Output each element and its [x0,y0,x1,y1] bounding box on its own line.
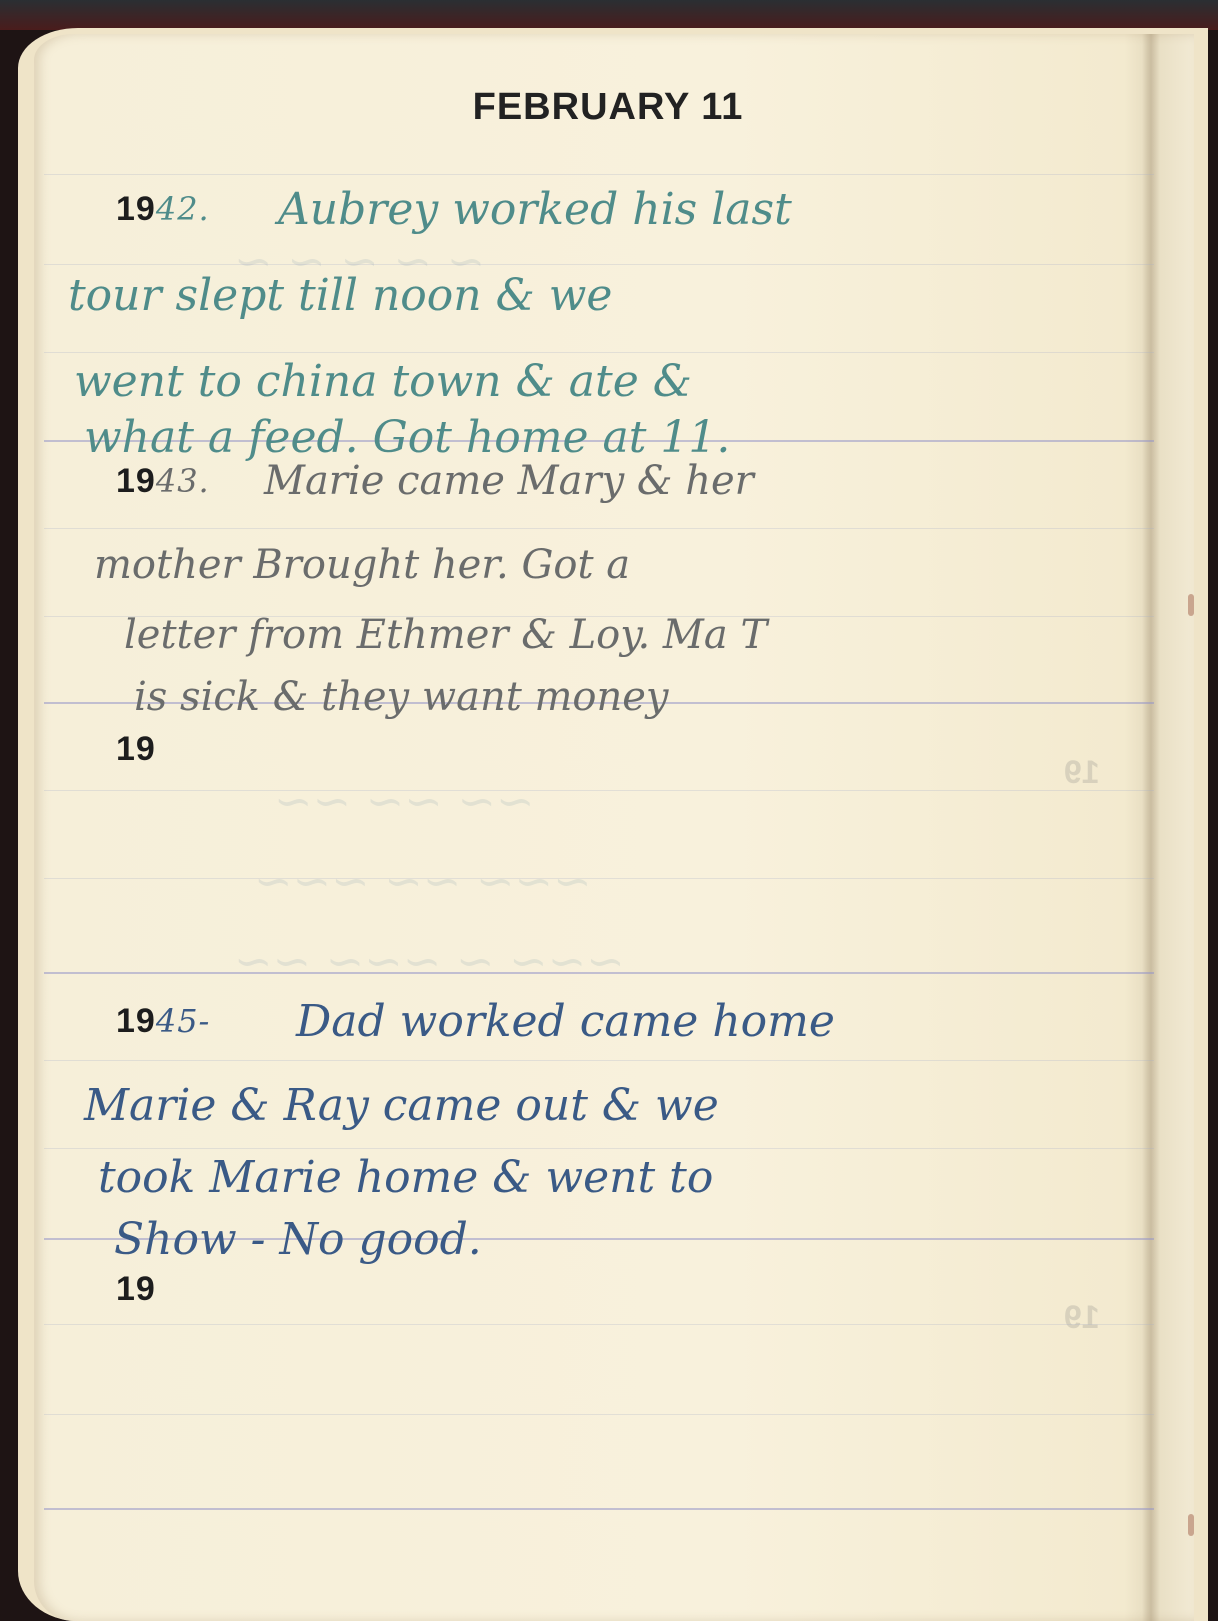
binding-thread [1188,1514,1194,1536]
show-through-year-label: 19 [1064,754,1100,791]
ruled-line [44,264,1154,265]
page-gutter [1142,34,1160,1621]
ruled-line [44,1324,1154,1325]
entry-line: Show - No good. [114,1214,482,1265]
ruled-line [44,790,1154,791]
year-handwritten-suffix: 43. [156,462,210,500]
ruled-line [44,1148,1154,1149]
entry-line: tour slept till noon & we [68,270,612,321]
year-label: 1943. [116,462,210,501]
year-handwritten-suffix: 45- [156,1002,211,1040]
entry-line: took Marie home & went to [98,1152,713,1203]
entry-line: mother Brought her. Got a [94,542,630,588]
ruled-line [44,528,1154,529]
entry-line: Aubrey worked his last [278,184,792,235]
show-through-text: ~~~ ~~ ~~~ [254,854,592,908]
binding-thread [1188,594,1194,616]
show-through-year-label: 19 [1064,1299,1100,1336]
ruled-line [44,174,1154,175]
entry-line: Marie & Ray came out & we [84,1080,719,1131]
entry-line: Marie came Mary & her [264,458,754,504]
entry-line: Dad worked came home [296,996,835,1047]
show-through-text: ~~~ ~ ~~~ ~~ [234,934,625,988]
section-divider [44,972,1154,974]
entry-line: is sick & they want money [134,674,669,720]
ruled-line [44,352,1154,353]
ruled-line [44,878,1154,879]
diary-page: ~ ~ ~ ~ ~ ~~ ~~ ~~ ~~~ ~~ ~~~ ~~~ ~ ~~~ … [34,34,1194,1621]
year-handwritten-suffix: 42. [156,190,210,228]
year-label: 19 [116,730,156,769]
entry-line: went to china town & ate & [74,356,692,407]
year-label: 1945- [116,1002,210,1041]
ruled-line [44,1060,1154,1061]
show-through-text: ~~ ~~ ~~ [274,774,535,828]
year-label: 19 [116,1270,156,1309]
entry-line: letter from Ethmer & Loy. Ma T [124,612,767,658]
year-label: 1942. [116,190,210,229]
ruled-line [44,1414,1154,1415]
diary-cover-edge [0,0,1218,30]
section-divider [44,1508,1154,1510]
entry-line: what a feed. Got home at 11. [84,412,730,463]
page-date: FEBRUARY 11 [473,86,744,129]
page-header: FEBRUARY 11 [34,86,1194,129]
